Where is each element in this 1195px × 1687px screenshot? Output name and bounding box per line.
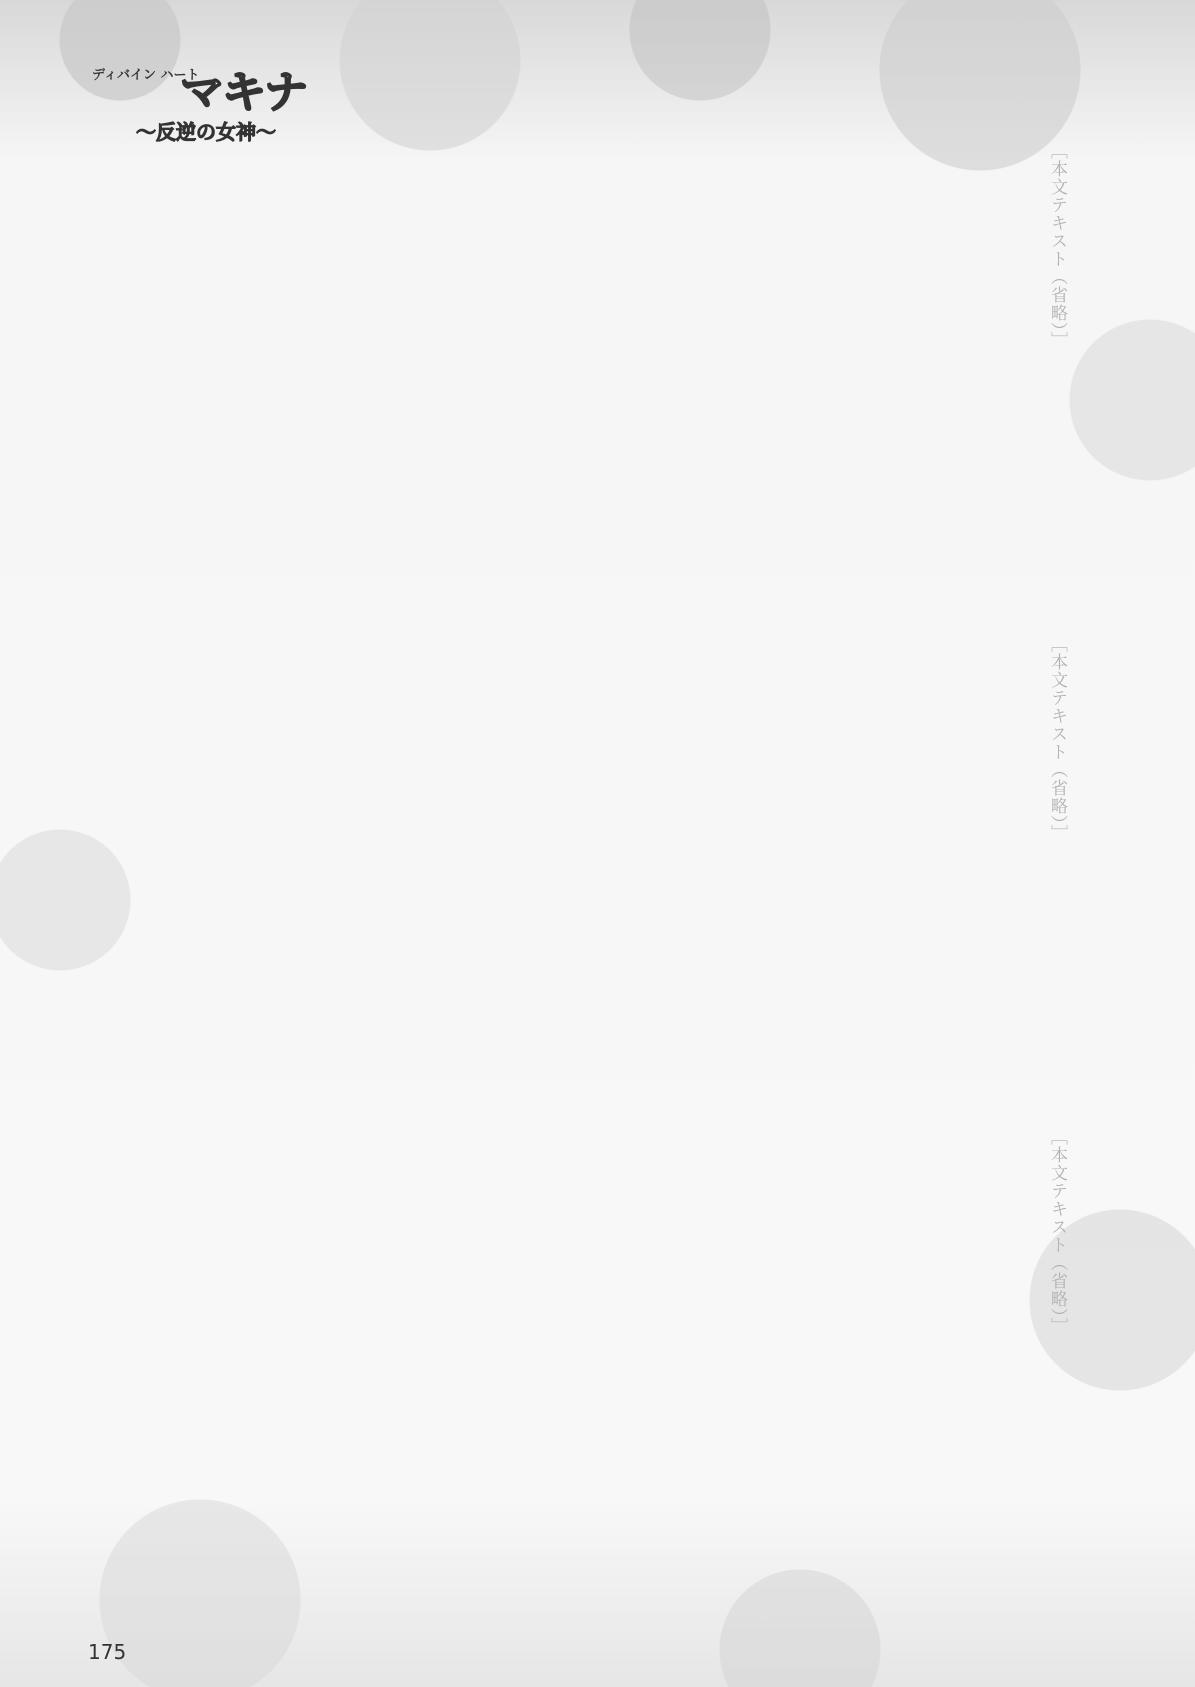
body-text: ［本文テキスト（省略）］	[1044, 142, 1070, 622]
text-row-2: ［本文テキスト（省略）］	[70, 635, 1070, 1115]
title-logo: ディバイン ハート マキナ 〜反逆の女神〜	[88, 50, 318, 155]
logo-subtitle: 〜反逆の女神〜	[136, 116, 276, 145]
page-number: 175	[88, 1640, 126, 1664]
body-text: ［本文テキスト（省略）］	[1044, 635, 1070, 1115]
text-row-3: ［本文テキスト（省略）］	[70, 1128, 1070, 1608]
logo-main-text: マキナ	[180, 56, 306, 120]
text-row-1: ［本文テキスト（省略）］	[70, 142, 1070, 622]
body-text: ［本文テキスト（省略）］	[1044, 1128, 1070, 1608]
